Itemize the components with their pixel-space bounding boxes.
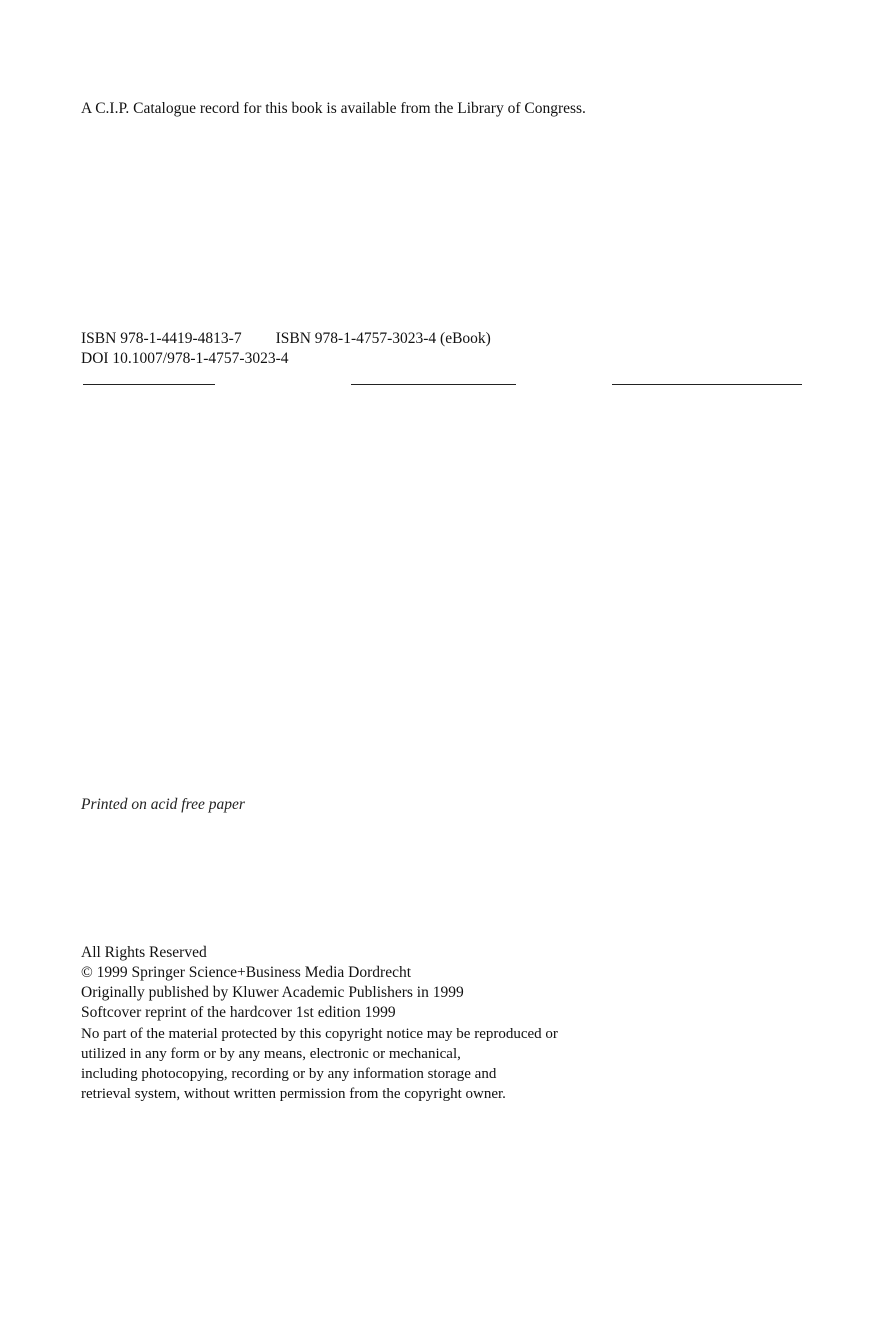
rights-block: All Rights Reserved © 1999 Springer Scie… xyxy=(81,943,464,1023)
notice-line: retrieval system, without written permis… xyxy=(81,1084,558,1104)
copyright-line: © 1999 Springer Science+Business Media D… xyxy=(81,963,464,983)
isbn-print: ISBN 978-1-4419-4813-7 xyxy=(81,330,242,347)
notice-line: No part of the material protected by thi… xyxy=(81,1024,558,1044)
cip-statement: A C.I.P. Catalogue record for this book … xyxy=(81,99,586,119)
rights-line: All Rights Reserved xyxy=(81,943,464,963)
paper-note: Printed on acid free paper xyxy=(81,795,245,815)
notice-line: utilized in any form or by any means, el… xyxy=(81,1044,558,1064)
isbn-line: ISBN 978-1-4419-4813-7ISBN 978-1-4757-30… xyxy=(81,329,491,349)
copyright-notice: No part of the material protected by thi… xyxy=(81,1024,558,1104)
divider-left xyxy=(83,384,215,385)
publisher-line: Originally published by Kluwer Academic … xyxy=(81,983,464,1003)
isbn-ebook: ISBN 978-1-4757-3023-4 (eBook) xyxy=(276,330,491,347)
edition-line: Softcover reprint of the hardcover 1st e… xyxy=(81,1003,464,1023)
notice-line: including photocopying, recording or by … xyxy=(81,1064,558,1084)
divider-right xyxy=(612,384,802,385)
doi: DOI 10.1007/978-1-4757-3023-4 xyxy=(81,349,289,369)
divider-center xyxy=(351,384,516,385)
